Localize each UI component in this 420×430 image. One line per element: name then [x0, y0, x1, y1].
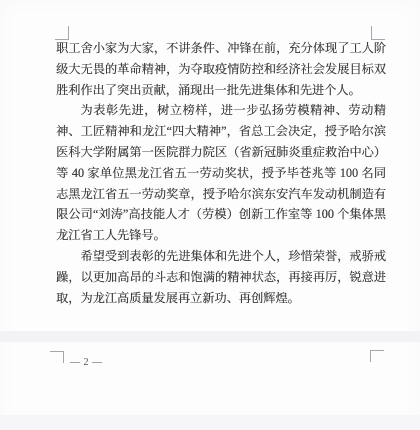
corner-mark-bottom-left	[50, 351, 64, 363]
corner-mark-bottom-right	[370, 350, 384, 362]
page-bottom-edge	[0, 415, 420, 430]
paragraph-1: 职工舍小家为大家，不讲条件、冲锋在前，充分体现了工人阶级大无畏的革命精神，为夺取…	[56, 38, 386, 100]
document-page: 职工舍小家为大家，不讲条件、冲锋在前，充分体现了工人阶级大无畏的革命精神，为夺取…	[0, 0, 420, 430]
page-number: — 2 —	[70, 357, 103, 368]
paragraph-3: 希望受到表彰的先进集体和先进个人，珍惜荣誉，戒骄戒躁，以更加高昂的斗志和饱满的精…	[56, 246, 386, 308]
paragraph-2: 为表彰先进，树立榜样，进一步弘扬劳模精神、劳动精神、工匠精神和龙江“四大精神”，…	[56, 100, 386, 246]
scan-shadow-band	[0, 331, 420, 342]
body-text: 职工舍小家为大家，不讲条件、冲锋在前，充分体现了工人阶级大无畏的革命精神，为夺取…	[56, 38, 386, 308]
